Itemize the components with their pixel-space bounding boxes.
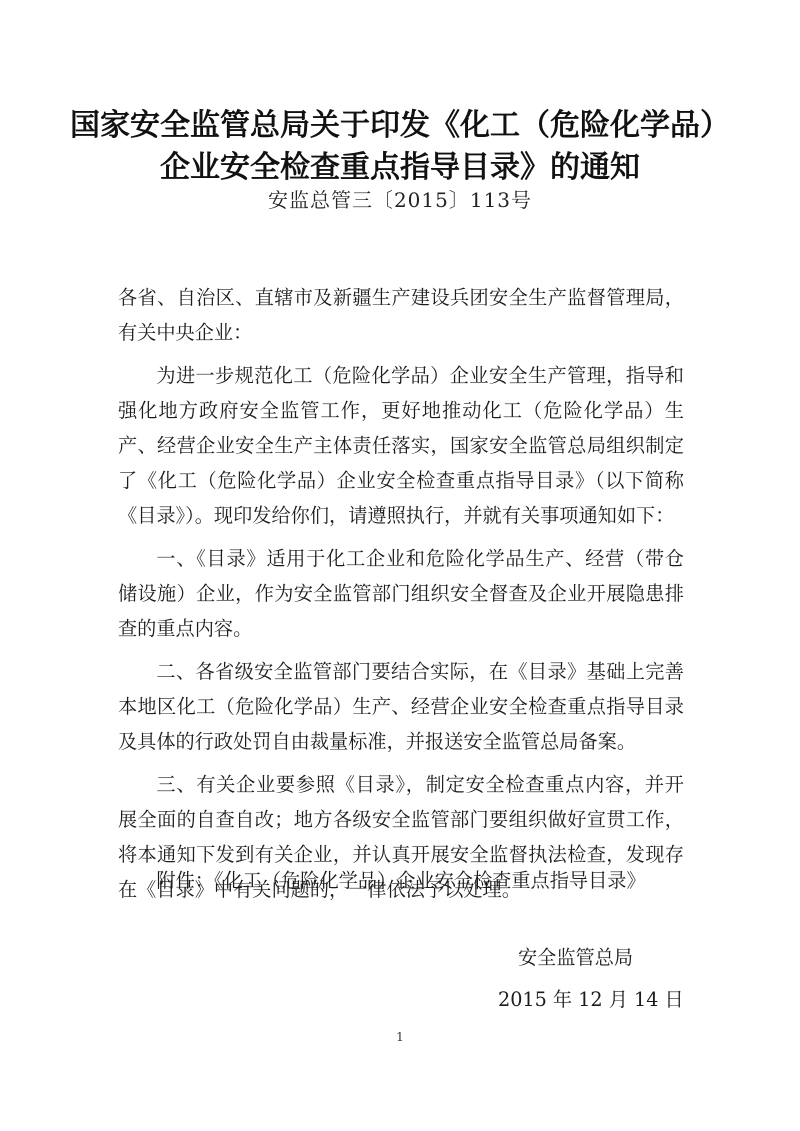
issuer-signature: 安全监管总局 — [518, 943, 633, 970]
page-number: 1 — [0, 1030, 800, 1044]
document-number: 安监总管三〔2015〕113号 — [0, 184, 800, 213]
paragraph-item-2: 二、各省级安全监管部门要结合实际，在《目录》基础上完善本地区化工（危险化学品）生… — [118, 654, 684, 759]
document-title-line-2: 企业安全检查重点指导目录》的通知 — [0, 142, 800, 186]
paragraph-intro: 为进一步规范化工（危险化学品）企业安全生产管理，指导和强化地方政府安全监管工作，… — [118, 358, 684, 533]
document-page: 国家安全监管总局关于印发《化工（危险化学品） 企业安全检查重点指导目录》的通知 … — [0, 0, 800, 1131]
document-body: 各省、自治区、直辖市及新疆生产建设兵团安全生产监督管理局，有关中央企业： 为进一… — [118, 280, 684, 915]
attachment-line: 附件：《化工（危险化学品）企业安全检查重点指导目录》 — [118, 863, 684, 898]
document-title-line-1: 国家安全监管总局关于印发《化工（危险化学品） — [0, 100, 800, 144]
issue-date: 2015 年 12 月 14 日 — [498, 985, 684, 1012]
paragraph-item-1: 一、《目录》适用于化工企业和危险化学品生产、经营（带仓储设施）企业，作为安全监管… — [118, 541, 684, 646]
addressee: 各省、自治区、直辖市及新疆生产建设兵团安全生产监督管理局，有关中央企业： — [118, 280, 684, 350]
